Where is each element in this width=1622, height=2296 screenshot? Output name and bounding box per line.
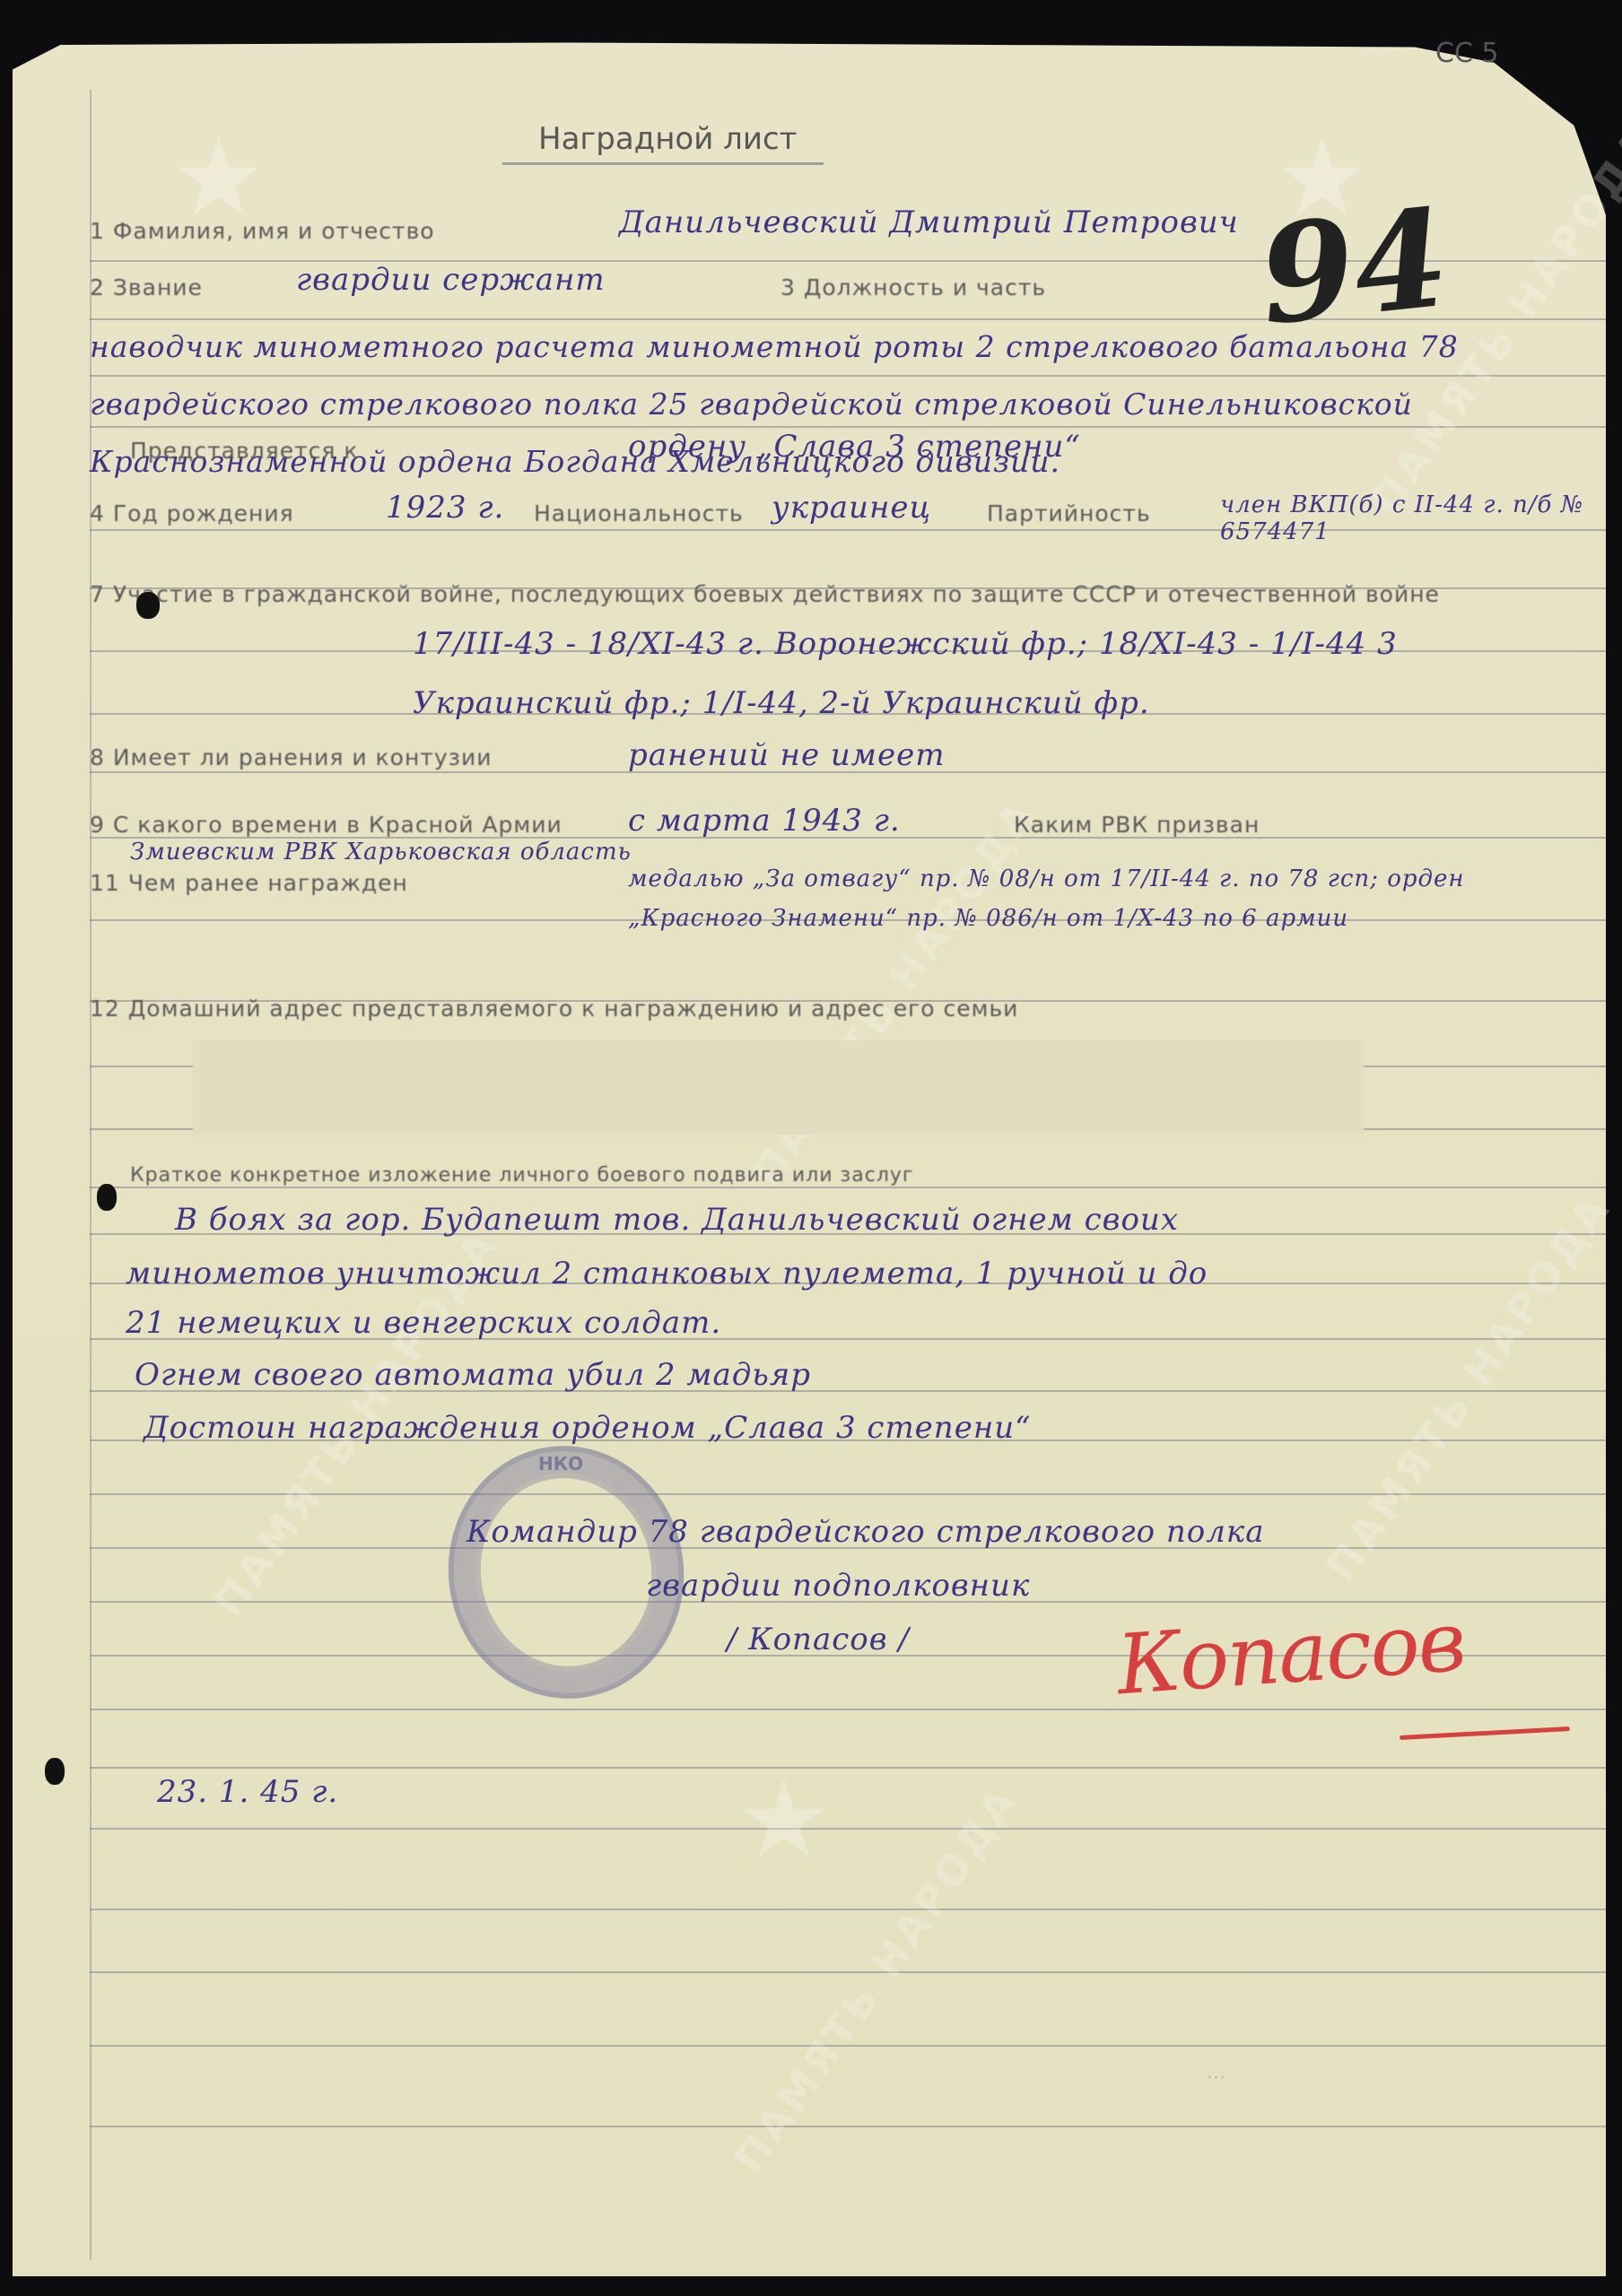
field-11-value: медалью „За отвагу“ пр. № 08/н от 17/II-…	[628, 859, 1588, 938]
ruled-line	[90, 1767, 1606, 1769]
punch-hole	[136, 592, 160, 619]
document-title: Наградной лист	[502, 121, 824, 165]
presented-for-label: Представляется к	[130, 438, 359, 464]
signer-position: Командир 78 гвардейского стрелкового пол…	[467, 1514, 1264, 1550]
ruled-line	[90, 1828, 1606, 1830]
presented-for-value: ордену „Слава 3 степени“	[628, 429, 1081, 465]
field-2-value: гвардии сержант	[296, 262, 606, 298]
feat-line: Огнем своего автомата убил 2 мадьяр	[135, 1357, 811, 1393]
field-4-label: 4 Год рождения	[90, 500, 294, 526]
feat-line: минометов уничтожил 2 станковых пулемета…	[126, 1256, 1208, 1291]
punch-hole	[45, 1758, 65, 1785]
field-6-label: Партийность	[987, 500, 1151, 526]
redacted-address	[193, 1040, 1364, 1135]
feat-label: Краткое конкретное изложение личного бое…	[130, 1164, 913, 1187]
document-date: 23. 1. 45 г.	[157, 1774, 338, 1810]
field-8-label: 8 Имеет ли ранения и контузии	[90, 744, 492, 770]
ruled-line	[90, 1709, 1606, 1710]
ruled-line	[90, 1971, 1606, 1973]
ruled-line	[90, 1909, 1606, 1910]
field-6-value: член ВКП(б) с II-44 г. п/б № 6574471	[1220, 491, 1597, 545]
field-5-label: Национальность	[534, 500, 744, 526]
stamp-label: НКО	[538, 1453, 583, 1474]
signer-rank: гвардии подполковник	[646, 1568, 1030, 1604]
ruled-line	[90, 1493, 1606, 1495]
field-9-label: 9 С какого времени в Красной Армии	[90, 812, 562, 838]
feat-line: Достоин награждения орденом „Слава 3 сте…	[144, 1410, 1032, 1446]
feat-line: В боях за гор. Будапешт тов. Данильчевск…	[175, 1202, 1179, 1238]
field-4-value: 1923 г.	[386, 490, 504, 526]
signer-name: / Копасов /	[727, 1622, 910, 1657]
field-5-value: украинец	[772, 490, 931, 526]
field-11-label: 11 Чем ранее награжден	[90, 870, 408, 896]
field-1-label: 1 Фамилия, имя и отчество	[90, 218, 435, 244]
punch-hole	[97, 1184, 117, 1211]
faint-mark: ···	[1207, 2067, 1225, 2090]
field-3-label: 3 Должность и часть	[780, 274, 1046, 300]
field-2-label: 2 Звание	[90, 274, 203, 300]
ruled-line	[90, 2045, 1606, 2047]
field-7-value: 17/III-43 - 18/XI-43 г. Воронежский фр.;…	[413, 614, 1579, 733]
ruled-line	[90, 2126, 1606, 2127]
field-8-value: ранений не имеет	[628, 737, 945, 773]
ruled-line	[90, 1187, 1606, 1188]
watermark-star-icon: ★	[736, 1758, 833, 1883]
field-1-value: Данильчевский Дмитрий Петрович	[619, 204, 1239, 240]
field-9-value: с марта 1943 г.	[628, 803, 901, 839]
feat-line: 21 немецких и венгерских солдат.	[126, 1305, 721, 1341]
archive-mark: СС 5	[1435, 38, 1499, 69]
field-3-value: наводчик минометного расчета минометной …	[90, 318, 1579, 491]
field-12-label: 12 Домашний адрес представляемого к нагр…	[90, 996, 1018, 1022]
field-10-label: Каким РВК призван	[1014, 812, 1260, 838]
